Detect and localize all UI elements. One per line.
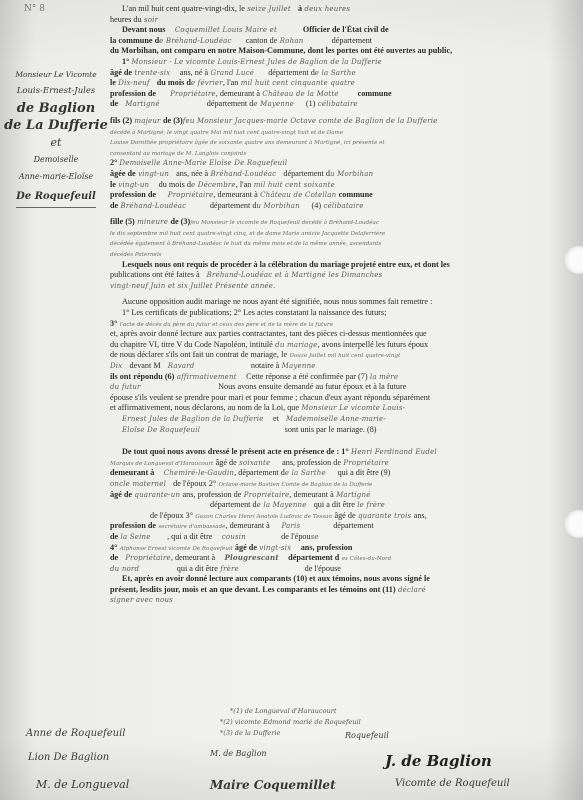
record-line: et affirmativement, nous déclarons, au n… (110, 403, 542, 414)
record-line: 1° Les certificats de publications; 2° L… (110, 308, 542, 319)
record-line: présent, lesdits jour, mois et an que de… (110, 585, 542, 596)
signature: M. de Baglion (210, 749, 267, 758)
record-line: heures du soir (110, 15, 542, 26)
signature: Maire Coquemillet (210, 778, 336, 792)
record-line: de l'époux 3° Gozon Charles Henri Anatol… (110, 511, 542, 522)
signatures-block: Anne de Roquefeuil Lion De Baglion M. de… (0, 720, 583, 800)
record-line: fils (2) majeur de (3)feu Monsieur Jacqu… (110, 116, 542, 127)
record-line: 3° l'acte de décès du père du futur et c… (110, 319, 542, 330)
record-line: Marquis de Longueval d'Haraucourt âgé de… (110, 458, 542, 469)
margin-note: Monsieur Le Vicomte Louis-Ernest-Jules d… (2, 66, 110, 208)
record-line: Aucune opposition audit mariage ne nous … (110, 297, 542, 308)
record-line: âgée de vingt-un ans, née à Bréhand-Loud… (110, 169, 542, 180)
record-line: profession de Propriétaire, demeurant à … (110, 89, 542, 100)
record-line: profession de secrétaire d'ambassade, de… (110, 521, 542, 532)
record-line: le dix septembre mil huit cent quatre-vi… (110, 228, 542, 239)
reference-note: *(1) de Longueval d'Haraucourt (220, 706, 361, 717)
record-line: signer avec nous (110, 595, 542, 606)
civil-marriage-record-page: N° 8 Monsieur Le Vicomte Louis-Ernest-Ju… (0, 0, 583, 800)
record-line: âgé de trente-six ans, né à Grand Lucé d… (110, 68, 542, 79)
record-line: oncle maternel de l'époux 2° Octave-mari… (110, 479, 542, 490)
record-line: Louise Dorothée propriétaire âgée de soi… (110, 137, 542, 148)
record-line: L'an mil huit cent quatre-vingt-dix, le … (110, 4, 542, 15)
record-line: du futur Nous avons ensuite demandé au f… (110, 382, 542, 393)
record-line: le Dix-neuf du mois de février, l'an mil… (110, 78, 542, 89)
record-line: âgé de quarante-un ans, profession de Pr… (110, 490, 542, 501)
record-line: ils ont répondu (6) affirmativement Cett… (110, 372, 542, 383)
record-line: 2° Demoiselle Anne-Marie Eloïse De Roque… (110, 158, 542, 169)
record-line: Devant nous Coquemillet Louis Maire et O… (110, 25, 542, 36)
record-line: 1° Monsieur - Le vicomte Louis-Ernest Ju… (110, 57, 542, 68)
record-line: Et, après en avoir donné lecture aux com… (110, 574, 542, 585)
margin-line: De Roquefeuil (16, 188, 96, 208)
record-line: et, après avoir donné lecture aux partie… (110, 329, 542, 340)
margin-line: Louis-Ernest-Jules (2, 83, 110, 100)
record-line: 4° Alphonse Ernest vicomte De Roquefeuil… (110, 543, 542, 554)
record-line: du Morbihan, ont comparu en notre Maison… (110, 46, 542, 57)
signature: M. de Longueval (36, 778, 129, 791)
record-line: Eloïse De Roquefeuil sont unis par le ma… (110, 425, 542, 436)
record-line: consentant au mariage de M. Langlois con… (110, 148, 542, 159)
margin-line: Demoiselle (2, 151, 110, 168)
margin-line: Anne-marie-Eloïse (2, 168, 110, 185)
margin-line: Monsieur Le Vicomte (2, 66, 110, 83)
record-line: de nous déclarer s'ils ont fait un contr… (110, 350, 542, 361)
record-line: décédé à Martigné, le vingt quatre Mai m… (110, 127, 542, 138)
record-line: vingt-neuf Juin et six Juillet Présente … (110, 281, 542, 292)
record-line: décédée également à Bréhand-Loudéac le h… (110, 238, 542, 249)
signature: Lion De Baglion (28, 752, 109, 763)
record-line: département de la Mayenne qui a dit être… (110, 500, 542, 511)
paper-hole (565, 246, 583, 274)
signature: Anne de Roquefeuil (26, 728, 125, 739)
signature: Vicomte de Roquefeuil (395, 778, 510, 789)
signature: J. de Baglion (385, 752, 492, 770)
paper-hole (565, 510, 583, 538)
record-line: de Martigné département de Mayenne (1) c… (110, 99, 542, 110)
record-line: décédés Paternels (110, 249, 542, 260)
record-line: Ernest Jules de Baglion de la Dufferie e… (110, 414, 542, 425)
act-number: N° 8 (24, 4, 45, 14)
record-line: de la Seine , qui a dit être cousin de l… (110, 532, 542, 543)
record-line: du nord qui a dit être frère de l'épouse (110, 564, 542, 575)
record-line: profession de Propriétaire, demeurant à … (110, 190, 542, 201)
record-line: demeurant à Chemiré-le-Gaudin, départeme… (110, 468, 542, 479)
record-line: le vingt-un du mois de Décembre, l'an mi… (110, 180, 542, 191)
record-line: de Propriétaire, demeurant à Plougrescan… (110, 553, 542, 564)
record-line: épouse s'ils veulent se prendre pour mar… (110, 393, 542, 404)
record-line: Lesquels nous ont requis de procéder à l… (110, 260, 542, 271)
record-line: du chapitre VI, titre V du Code Napoléon… (110, 340, 542, 351)
margin-line: et (2, 134, 110, 151)
record-body: L'an mil huit cent quatre-vingt-dix, le … (110, 4, 542, 606)
record-line: De tout quoi nous avons dressé le présen… (110, 447, 542, 458)
record-line: publications ont été faites à Bréhand-Lo… (110, 270, 542, 281)
record-line: la commune de Bréhand-Loudéac canton de … (110, 36, 542, 47)
signature: Roquefeuil (345, 731, 389, 740)
margin-line: de Baglion (2, 100, 110, 117)
record-line: fille (5) mineure de (3)feu Monsieur le … (110, 217, 542, 228)
record-line: Dix devant M Ravard notaire à Mayenne (110, 361, 542, 372)
record-line: de Bréhand-Loudéac département du Morbih… (110, 201, 542, 212)
margin-line: de La Dufferie (2, 117, 110, 134)
